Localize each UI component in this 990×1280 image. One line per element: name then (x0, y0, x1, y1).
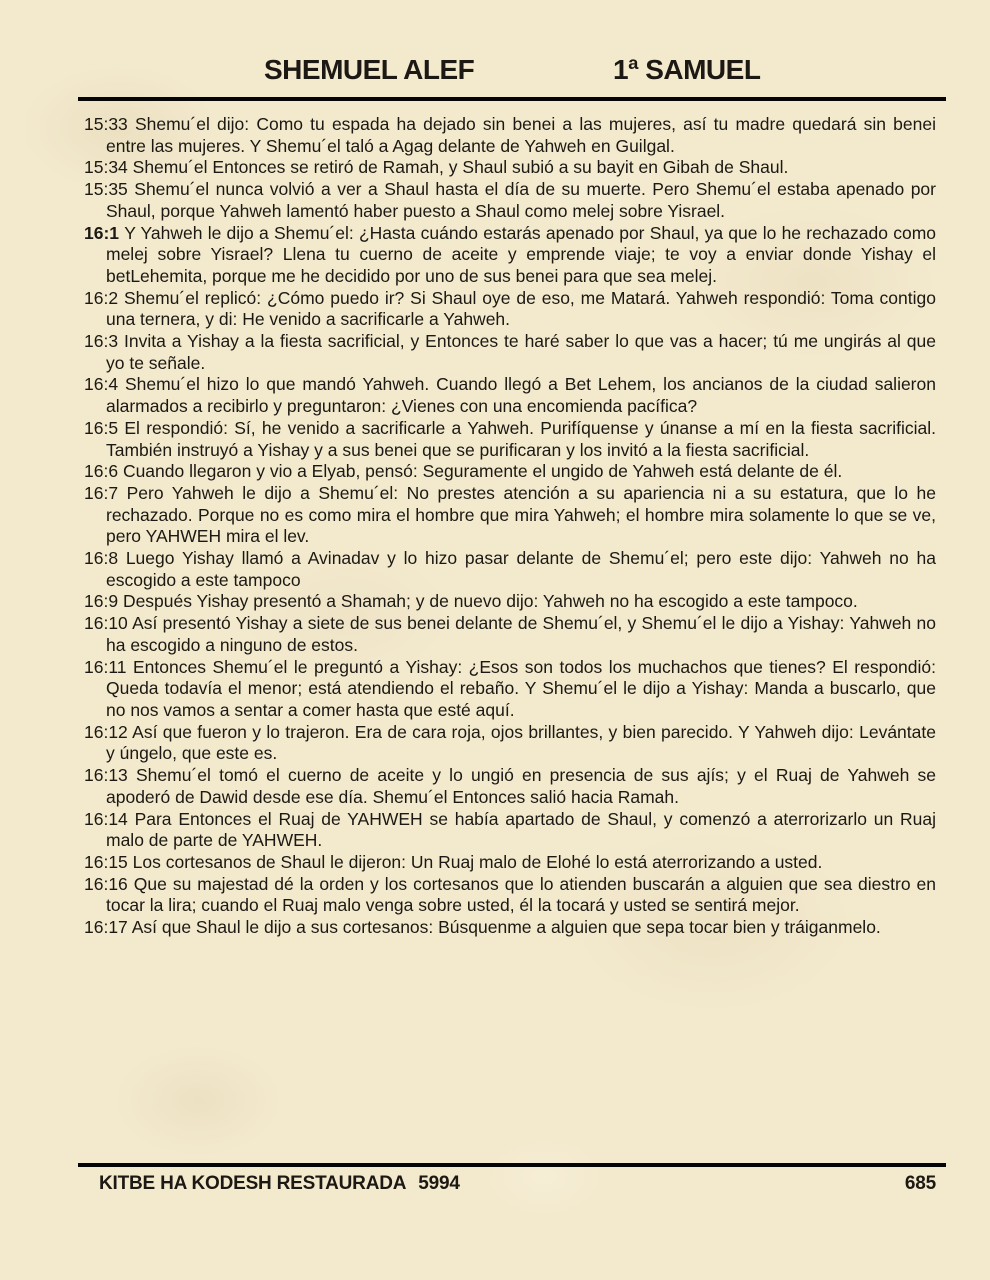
verse-number: 16:12 (84, 722, 132, 742)
verse-paragraph: 16:11 Entonces Shemu´el le preguntó a Yi… (84, 657, 936, 722)
verse-number: 16:9 (84, 591, 123, 611)
verse-paragraph: 16:4 Shemu´el hizo lo que mandó Yahweh. … (84, 374, 936, 417)
verse-number: 16:17 (84, 917, 132, 937)
page-footer: KITBE HA KODESH RESTAURADA 5994 685 (99, 1173, 936, 1195)
verse-text: Pero Yahweh le dijo a Shemu´el: No prest… (106, 483, 936, 546)
verse-number: 16:4 (84, 374, 125, 394)
book-title-spanish: 1ª SAMUEL (613, 54, 760, 86)
footer-rule (78, 1163, 946, 1167)
verse-paragraph: 16:13 Shemu´el tomó el cuerno de aceite … (84, 765, 936, 808)
verse-text: Luego Yishay llamó a Avinadav y lo hizo … (106, 548, 936, 590)
verse-number: 16:13 (84, 765, 136, 785)
page-number: 685 (905, 1173, 936, 1195)
verse-text: Así que Shaul le dijo a sus cortesanos: … (132, 917, 881, 937)
verse-text: Así presentó Yishay a siete de sus benei… (106, 613, 936, 655)
footer-edition-year: 5994 (418, 1173, 459, 1195)
verse-text: Shemu´el dijo: Como tu espada ha dejado … (106, 114, 936, 156)
header-rule (78, 97, 946, 101)
verse-text: Así que fueron y lo trajeron. Era de car… (106, 722, 936, 764)
verse-number: 16:7 (84, 483, 127, 503)
verse-paragraph: 15:34 Shemu´el Entonces se retiró de Ram… (84, 157, 936, 179)
verse-paragraph: 15:33 Shemu´el dijo: Como tu espada ha d… (84, 114, 936, 157)
verse-paragraph: 16:16 Que su majestad dé la orden y los … (84, 874, 936, 917)
verse-number: 15:34 (84, 157, 133, 177)
book-title-transliterated: SHEMUEL ALEF (264, 54, 474, 86)
verse-text: Y Yahweh le dijo a Shemu´el: ¿Hasta cuán… (106, 223, 936, 286)
verse-number: 15:33 (84, 114, 135, 134)
verse-number: 16:15 (84, 852, 133, 872)
verse-number: 15:35 (84, 179, 134, 199)
verse-paragraph: 16:6 Cuando llegaron y vio a Elyab, pens… (84, 461, 936, 483)
verse-list: 15:33 Shemu´el dijo: Como tu espada ha d… (84, 114, 936, 939)
verse-text: Cuando llegaron y vio a Elyab, pensó: Se… (123, 461, 842, 481)
verse-number: 16:11 (84, 657, 133, 677)
verse-paragraph: 16:9 Después Yishay presentó a Shamah; y… (84, 591, 936, 613)
verse-paragraph: 16:1 Y Yahweh le dijo a Shemu´el: ¿Hasta… (84, 223, 936, 288)
verse-number: 16:10 (84, 613, 132, 633)
scripture-page: SHEMUEL ALEF 1ª SAMUEL 15:33 Shemu´el di… (0, 0, 990, 1280)
verse-paragraph: 16:10 Así presentó Yishay a siete de sus… (84, 613, 936, 656)
verse-paragraph: 16:3 Invita a Yishay a la fiesta sacrifi… (84, 331, 936, 374)
verse-text: Después Yishay presentó a Shamah; y de n… (123, 591, 858, 611)
verse-text: Para Entonces el Ruaj de YAHWEH se había… (106, 809, 936, 851)
verse-paragraph: 16:17 Así que Shaul le dijo a sus cortes… (84, 917, 936, 939)
verse-number: 16:2 (84, 288, 124, 308)
verse-text: Shemu´el replicó: ¿Cómo puedo ir? Si Sha… (106, 288, 936, 330)
verse-number: 16:1 (84, 223, 124, 243)
verse-paragraph: 16:7 Pero Yahweh le dijo a Shemu´el: No … (84, 483, 936, 548)
verse-paragraph: 16:12 Así que fueron y lo trajeron. Era … (84, 722, 936, 765)
verse-text: Shemu´el tomó el cuerno de aceite y lo u… (106, 765, 936, 807)
verse-number: 16:6 (84, 461, 123, 481)
verse-text: Invita a Yishay a la fiesta sacrificial,… (106, 331, 936, 373)
verse-number: 16:14 (84, 809, 135, 829)
verse-number: 16:16 (84, 874, 134, 894)
verse-paragraph: 15:35 Shemu´el nunca volvió a ver a Shau… (84, 179, 936, 222)
verse-paragraph: 16:14 Para Entonces el Ruaj de YAHWEH se… (84, 809, 936, 852)
verse-text: Que su majestad dé la orden y los cortes… (106, 874, 936, 916)
verse-number: 16:5 (84, 418, 124, 438)
verse-number: 16:8 (84, 548, 126, 568)
footer-spacer (406, 1173, 418, 1195)
verse-text: El respondió: Sí, he venido a sacrificar… (106, 418, 936, 460)
verse-number: 16:3 (84, 331, 124, 351)
verse-paragraph: 16:2 Shemu´el replicó: ¿Cómo puedo ir? S… (84, 288, 936, 331)
footer-publication-label: KITBE HA KODESH RESTAURADA (99, 1173, 406, 1195)
verse-text: Shemu´el Entonces se retiró de Ramah, y … (133, 157, 789, 177)
verse-paragraph: 16:15 Los cortesanos de Shaul le dijeron… (84, 852, 936, 874)
verse-paragraph: 16:5 El respondió: Sí, he venido a sacri… (84, 418, 936, 461)
footer-publication: KITBE HA KODESH RESTAURADA 5994 (99, 1173, 460, 1195)
verse-paragraph: 16:8 Luego Yishay llamó a Avinadav y lo … (84, 548, 936, 591)
verse-text: Entonces Shemu´el le preguntó a Yishay: … (106, 657, 936, 720)
verse-text: Los cortesanos de Shaul le dijeron: Un R… (133, 852, 823, 872)
verse-text: Shemu´el hizo lo que mandó Yahweh. Cuand… (106, 374, 936, 416)
verse-text: Shemu´el nunca volvió a ver a Shaul hast… (106, 179, 936, 221)
